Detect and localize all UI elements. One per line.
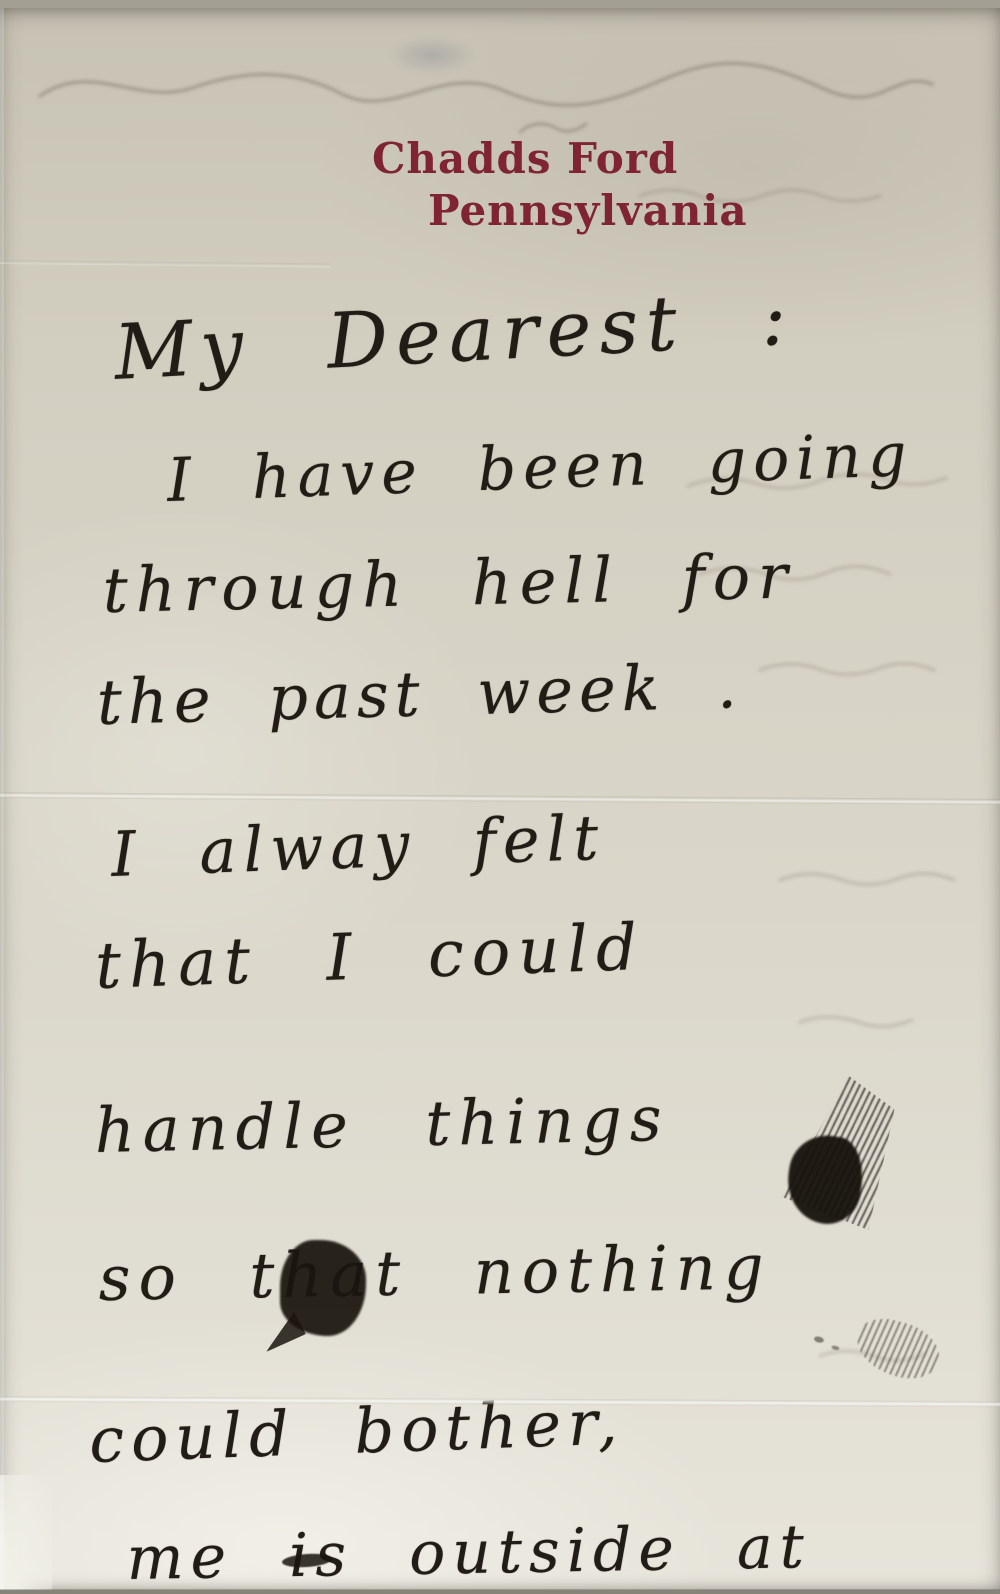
letter-line: so that nothing (98, 1230, 772, 1315)
photo-bottom-edge (0, 1589, 1000, 1594)
letter-line-cutoff: me is outside at (126, 1512, 811, 1590)
letter-line: handle things (94, 1082, 670, 1167)
ink-blot-over-things (760, 1066, 903, 1237)
paper-edge-highlight (0, 1475, 52, 1590)
ink-blot-over-that (266, 1234, 378, 1354)
letter-line: through hell for (102, 539, 796, 626)
letter-photograph: Chadds Ford Pennsylvania My Dearest : I … (0, 0, 1000, 1594)
letterhead-place-line2: Pennsylvania (428, 186, 748, 235)
paper-left-edge (0, 8, 4, 1590)
gray-smudge (388, 36, 476, 74)
letter-paper: Chadds Ford Pennsylvania My Dearest : I … (0, 8, 1000, 1590)
letterhead-place-line1: Chadds Ford (372, 134, 678, 183)
